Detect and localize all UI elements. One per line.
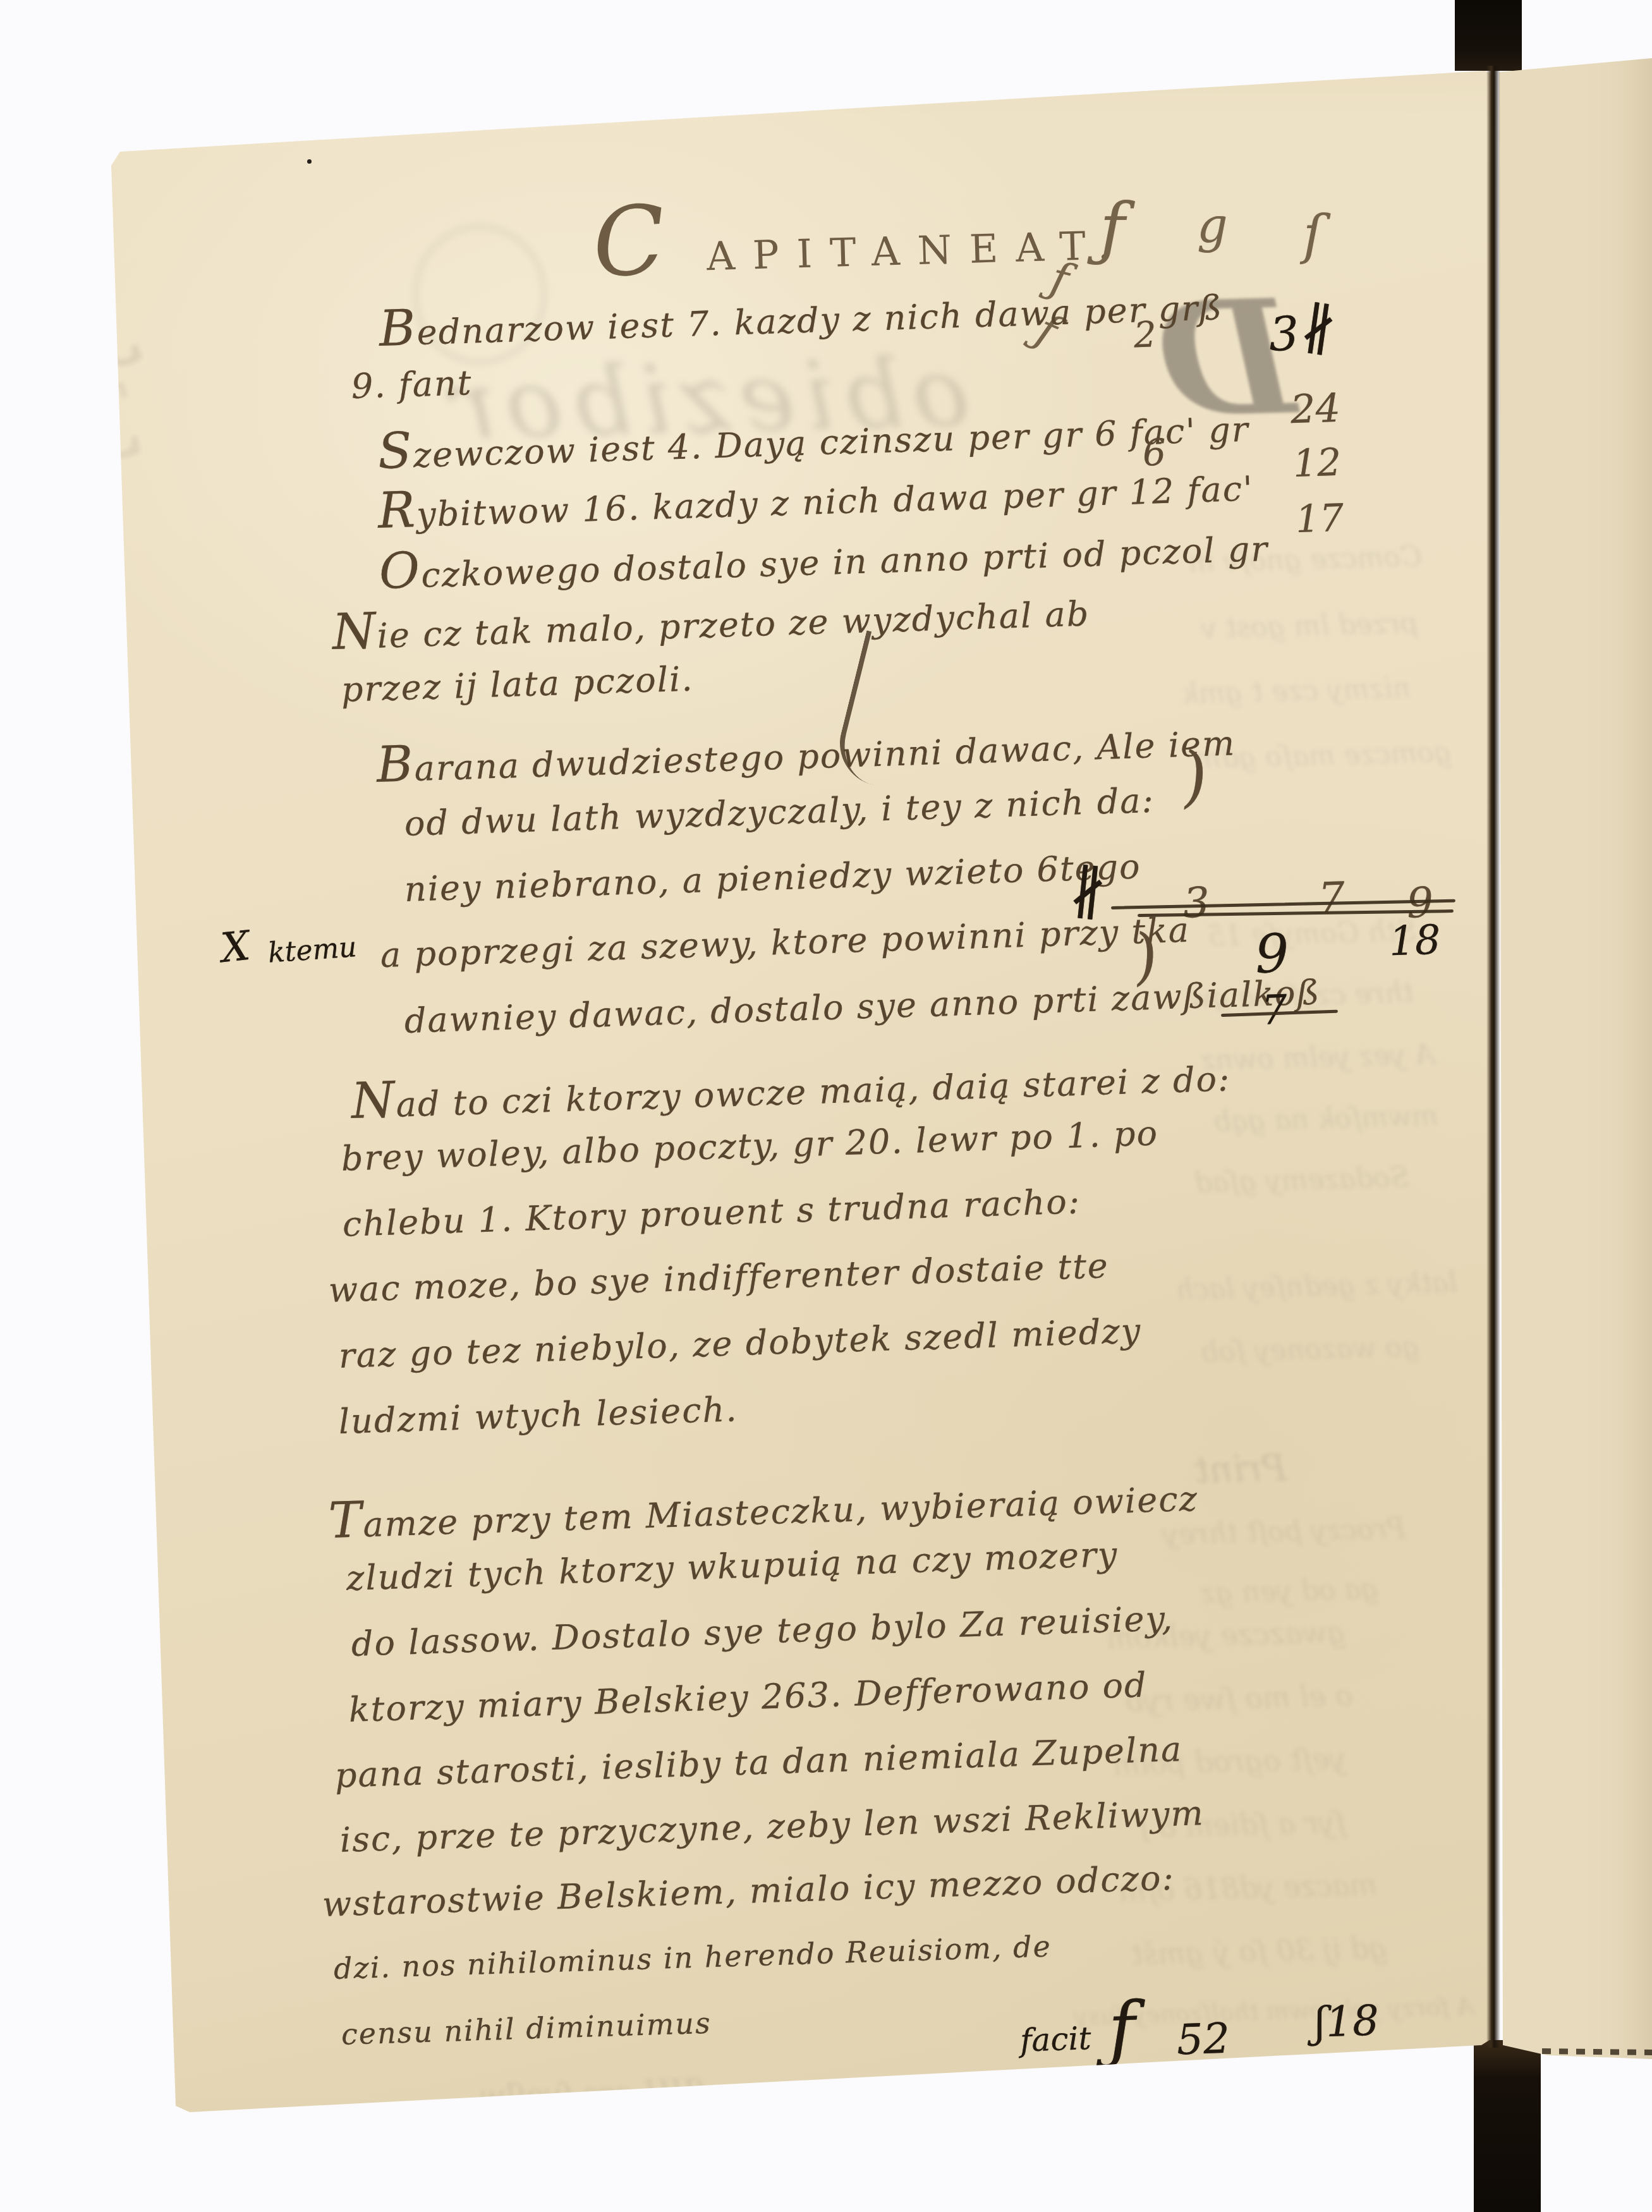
bleedthrough-line: Print [1194, 1446, 1287, 1492]
ink-speck [307, 159, 312, 164]
scanner-bed: obiezibor D ʃ ʒ Comcze gnoſv m przed lm … [0, 0, 1652, 2212]
total-amount: 52 [1176, 2014, 1231, 2065]
bleedthrough-line: nizmy cze t gmk [1181, 672, 1411, 710]
manuscript-line: dzi. nos nihilominus in herendo Reuisiom… [333, 1930, 1052, 1984]
amount-annotation: 2 [1133, 314, 1157, 356]
bleedthrough-line: Sodazemy gſad [1194, 1162, 1409, 1200]
amount-annotation: 18 [1388, 917, 1442, 966]
manuscript-line: raz go tez niebylo, ze dobytek szedl mie… [338, 1312, 1142, 1375]
bleedthrough-left-mark: ʃ [52, 226, 121, 377]
manuscript-line: od dwu lath wyzdzyczaly, i tey z nich da… [404, 782, 1155, 843]
book-strap-bottom [1474, 2040, 1541, 2212]
manuscript-line: 9. fant [351, 364, 473, 405]
manuscript-line: pana starosti, iesliby ta dan niemiala Z… [334, 1730, 1183, 1795]
bleedthrough-left-mark: ʒ [80, 341, 140, 460]
bleedthrough-line: A yez yelm ownz [1200, 1038, 1435, 1077]
manuscript-line: do lassow. Dostalo sye tego bylo Za reui… [351, 1600, 1174, 1663]
solidus-sign-icon: ſ [1303, 204, 1323, 265]
bleedthrough-line: przed lm gost v [1200, 607, 1418, 645]
page-title-initial: C [589, 185, 669, 300]
manuscript-line: niey niebrano, a pieniedzy wzieto 6tego [404, 848, 1141, 908]
florin-sign-icon: ƒ [1107, 1986, 1137, 2072]
amount-annotation: 12 [1292, 441, 1342, 487]
manuscript-line: ktorzy miary Belskiey 263. Defferowano o… [348, 1666, 1148, 1729]
manuscript-line: wac moze, bo sye indifferenter dostaie t… [328, 1247, 1110, 1309]
amount-annotation: 3 [1268, 307, 1300, 362]
manuscript-page: obiezibor D ʃ ʒ Comcze gnoſv m przed lm … [0, 0, 1652, 2212]
amount-annotation-struck: 7 [1318, 873, 1346, 922]
amount-annotation: 17 [1295, 496, 1345, 542]
manuscript-line: ludzmi wtych lesiech. [338, 1390, 738, 1440]
facit-label: facit [1019, 2020, 1091, 2059]
bleedthrough-line: mwmſok na gąb [1213, 1100, 1438, 1138]
florin-sign-icon: ƒ [1100, 190, 1125, 269]
strike-line [1111, 899, 1455, 909]
total-fraction: ʃ18 [1314, 1996, 1380, 2047]
amount-annotation: 6 [1142, 430, 1167, 474]
grosz-sign-icon: g [1197, 197, 1228, 253]
amount-annotation-struck: 3 [1182, 878, 1211, 927]
bleedthrough-line: Sth Gomyſe 15 [1206, 915, 1416, 953]
manuscript-line: dawniey dawac, dostalo sye anno prti zaw… [404, 973, 1321, 1040]
facing-page-fore-edge [1542, 2048, 1652, 2055]
bleedthrough-line: latky z gednſey lach [1175, 1267, 1457, 1306]
bleedthrough-line: ſЧЦ gro ſyoſlw [480, 2073, 707, 2114]
manuscript-line: przez ij lata pczoli. [341, 660, 694, 709]
margin-note: ktemu [267, 931, 358, 969]
manuscript-line: censu nihil diminuimus [341, 2007, 712, 2051]
margin-note-mark: X [219, 923, 252, 972]
bleedthrough-line: gd ij 30 ſo ý gmšt [1131, 1931, 1388, 1972]
manuscript-line: wstarostwie Belskiem, mialo icy mezzo od… [322, 1859, 1175, 1924]
bleedthrough-line: go wazoney ſob [1200, 1330, 1420, 1368]
manuscript-line: isc, prze te przyczyne, zeby len wszi Re… [339, 1794, 1205, 1859]
bleedthrough-line: o el mo ſwe ryb [1124, 1678, 1353, 1718]
book-gutter [1486, 66, 1500, 2048]
manuscript-line: zludzi tych ktorzy wkupuią na czy mozery [346, 1536, 1119, 1598]
hash-mark-crossed: ∦ [1066, 858, 1110, 929]
bleedthrough-line: Proczy þoſt threy [1162, 1512, 1406, 1551]
amount-annotation-struck: 7 [1261, 987, 1288, 1034]
manuscript-line: Barana dwudziestego powinni dawac, Ale i… [376, 711, 1236, 793]
book-strap-top [1455, 0, 1522, 71]
amount-annotation: 9 [1254, 922, 1290, 985]
bleedthrough-line: ga od yen gz [1200, 1572, 1379, 1609]
amount-annotation-crossed: ∦ [1296, 295, 1340, 365]
manuscript-line: chlebu 1. Ktory prouent s trudna racho: [342, 1182, 1081, 1243]
amount-annotation: 24 [1290, 385, 1341, 433]
